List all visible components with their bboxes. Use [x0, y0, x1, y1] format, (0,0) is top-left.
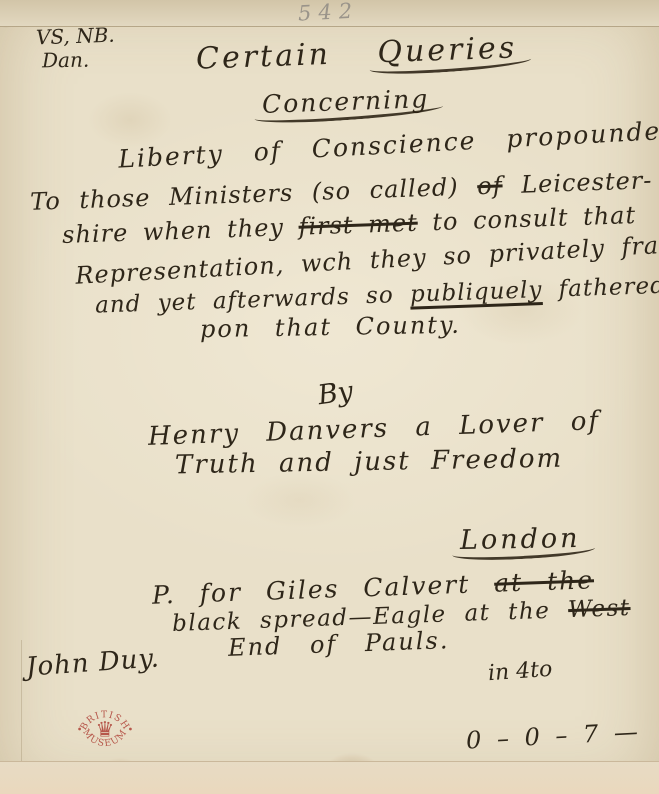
- british-museum-stamp: BRITISH MUSEUM ♛: [74, 698, 136, 760]
- title-line1: Certain Queries: [196, 32, 518, 75]
- stamp-left-dot: [78, 728, 81, 731]
- title-line5-struck: first met: [298, 209, 418, 241]
- title-concerning: Concerning: [262, 86, 430, 118]
- shelfmark-line2: Dan.: [42, 50, 90, 72]
- crown-icon: ♛: [96, 716, 115, 741]
- imprint-city: London: [460, 525, 581, 555]
- stamp-right-dot: [129, 728, 132, 731]
- page-bottom-edge: [0, 761, 659, 794]
- title-line7-underlined: publiquely: [410, 277, 543, 308]
- imprint-line1-struck: at the: [494, 565, 595, 597]
- title-queries: Queries: [377, 32, 518, 68]
- shelfmark-line1: VS, NB.: [36, 25, 115, 49]
- imprint-line3: End of Pauls.: [228, 628, 450, 661]
- title-line7-post: fathered v-: [558, 271, 659, 302]
- pencil-folio-number: 542: [297, 0, 359, 25]
- manuscript-page: 542 VS, NB. Dan. Certain Queries Concern…: [0, 0, 659, 794]
- title-certain: Certain: [195, 37, 331, 77]
- title-line5-post: to consult that: [432, 201, 637, 236]
- byline-author-line2: Truth and just Freedom: [175, 446, 564, 480]
- title-line3: Liberty of Conscience propounded: [118, 117, 659, 173]
- title-line8: pon that County.: [200, 313, 461, 343]
- format-note: in 4to: [487, 658, 553, 686]
- imprint-line2-struck: West: [568, 595, 631, 623]
- title-line4-post: Leicester-: [521, 166, 653, 199]
- owner-signature: John Duy.: [25, 645, 160, 682]
- title-line4-struck: of: [477, 171, 503, 200]
- price-note: 0 – 0 – 7 —: [465, 719, 642, 753]
- left-crease-line: [21, 640, 22, 761]
- byline-by: By: [316, 378, 355, 411]
- title-line5-pre: shire when they: [62, 213, 285, 249]
